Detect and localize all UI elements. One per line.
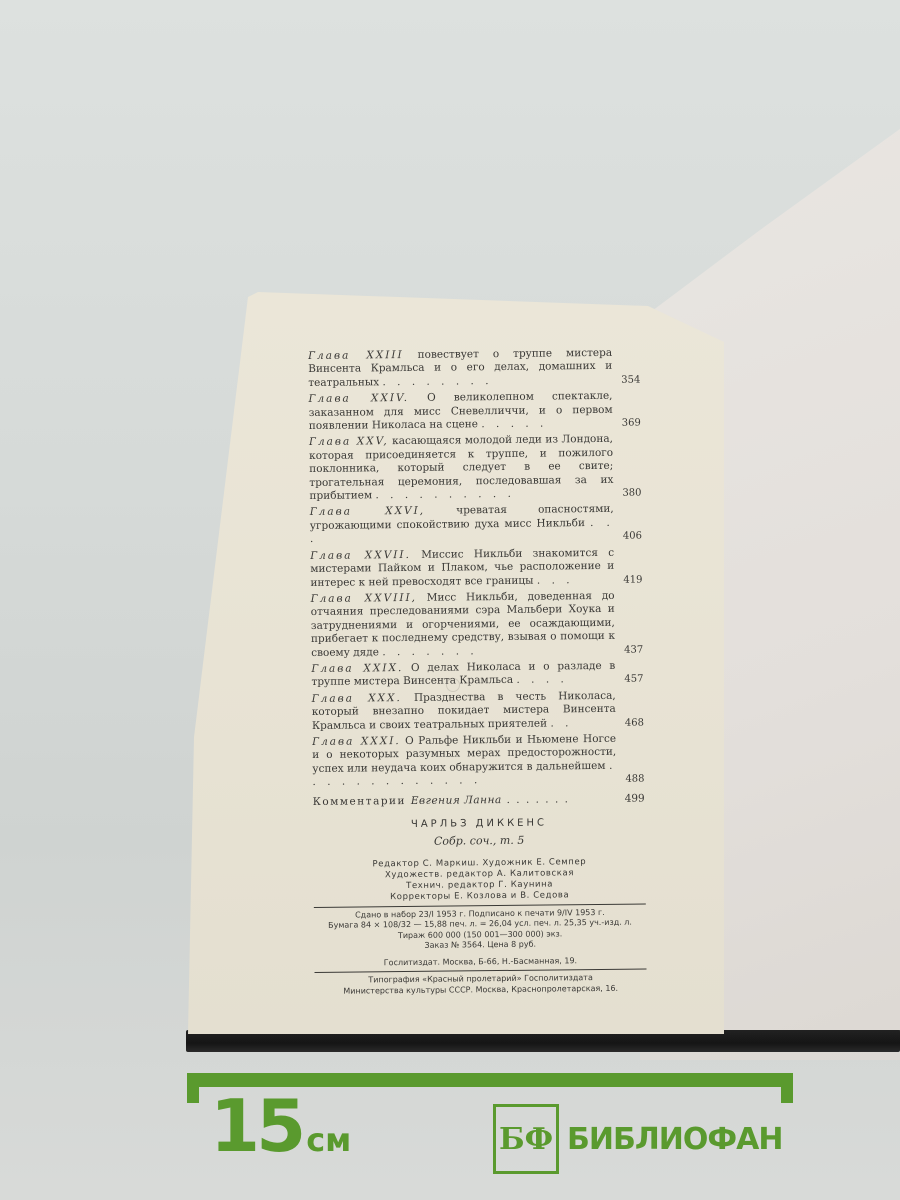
toc-page: 419 (623, 573, 642, 587)
commentary-label: Комментарии (313, 795, 406, 808)
toc-page: 406 (623, 530, 642, 544)
toc-chapter: Глава XXV, (309, 436, 389, 449)
leader-dots: . . . . . (481, 418, 547, 431)
toc-entry: Глава XXIX. О делах Николаса и о разладе… (311, 659, 643, 689)
credit-line: Корректоры Е. Козлова и В. Седова (314, 889, 646, 903)
toc-entry: Глава XXIII повествует о труппе мистера … (308, 347, 640, 391)
printer-line: Министерства культуры СССР. Москва, Крас… (315, 983, 647, 997)
publisher-line: Гослитиздат. Москва, Б-66, Н.-Басманная,… (314, 955, 646, 969)
leader-dots: . . . . . . . (507, 793, 570, 806)
toc-page: 488 (625, 773, 644, 787)
toc-chapter: Глава XXIV. (308, 392, 409, 405)
scale-label: 15см (210, 1090, 351, 1162)
logo-name: БИБЛИОФАН (567, 1122, 782, 1157)
toc-page: 468 (625, 716, 644, 730)
logo-monogram: БФ (499, 1122, 553, 1157)
leader-dots: . . . (537, 574, 574, 586)
table-of-contents: Глава XXIII повествует о труппе мистера … (308, 347, 647, 998)
toc-entry: Глава XXX. Празднества в честь Николаса,… (312, 689, 644, 733)
open-book-icon: БФ (493, 1104, 559, 1174)
toc-page: 380 (622, 487, 641, 501)
leader-dots: . . . . . . . . (382, 375, 492, 388)
scale-value: 15 (210, 1084, 302, 1168)
toc-page: 437 (624, 643, 643, 657)
leader-dots: . . . . (516, 674, 567, 687)
toc-entry: Глава XXV, касающаяся молодой леди из Ло… (309, 433, 642, 504)
toc-chapter: Глава XXIX. (311, 662, 403, 675)
toc-entry: Глава XXIV. О великолепном спектакле, за… (308, 390, 640, 434)
printer-info: Типография «Красный пролетарий» Госполит… (315, 973, 647, 997)
toc-chapter: Глава XXXI. (312, 735, 401, 748)
commentary-page: 499 (625, 792, 645, 806)
toc-chapter: Глава XXX. (312, 692, 402, 705)
toc-entry: Глава XXVIII, Мисс Никльби, доведенная д… (311, 589, 644, 660)
credits: Редактор С. Маркиш. Художник Е. Семпер Х… (313, 856, 645, 903)
toc-entry: Глава XXXI. О Ральфе Никльби и Ньюмене Н… (312, 732, 645, 789)
book-author: ЧАРЛЬЗ ДИККЕНС (313, 815, 645, 832)
toc-entry: Глава XXVII. Миссис Никльби знакомится с… (310, 546, 642, 590)
toc-page: 369 (622, 417, 641, 431)
toc-chapter: Глава XXVI, (310, 505, 426, 518)
leader-dots: . . (550, 717, 572, 729)
leader-dots: . . . . . . . (382, 645, 478, 658)
commentary-entry: Комментарии Евгения Ланна . . . . . . . … (313, 792, 645, 809)
colophon: ЧАРЛЬЗ ДИККЕНС Собр. соч., т. 5 Редактор… (313, 815, 647, 997)
scale-ruler-left-tick (187, 1073, 199, 1103)
toc-chapter: Глава XXIII (308, 349, 404, 362)
scale-unit: см (306, 1121, 351, 1159)
scale-ruler-right-tick (781, 1073, 793, 1103)
imprint: Сдано в набор 23/I 1953 г. Подписано к п… (314, 907, 647, 969)
toc-entry: Глава XXVI, чреватая опасностями, угрожа… (310, 503, 642, 547)
toc-page: 457 (624, 673, 643, 687)
leader-dots: . . . . . . . . . . (375, 488, 515, 501)
left-page: Глава XXIII повествует о труппе мистера … (188, 292, 724, 1034)
toc-page: 354 (621, 373, 640, 387)
toc-chapter: Глава XXVIII, (311, 592, 417, 605)
toc-chapter: Глава XXVII. (310, 549, 411, 562)
commentary-author: Евгения Ланна (411, 794, 502, 807)
watermark-logo: БФ БИБЛИОФАН (493, 1104, 782, 1174)
book-volume: Собр. соч., т. 5 (313, 833, 645, 850)
